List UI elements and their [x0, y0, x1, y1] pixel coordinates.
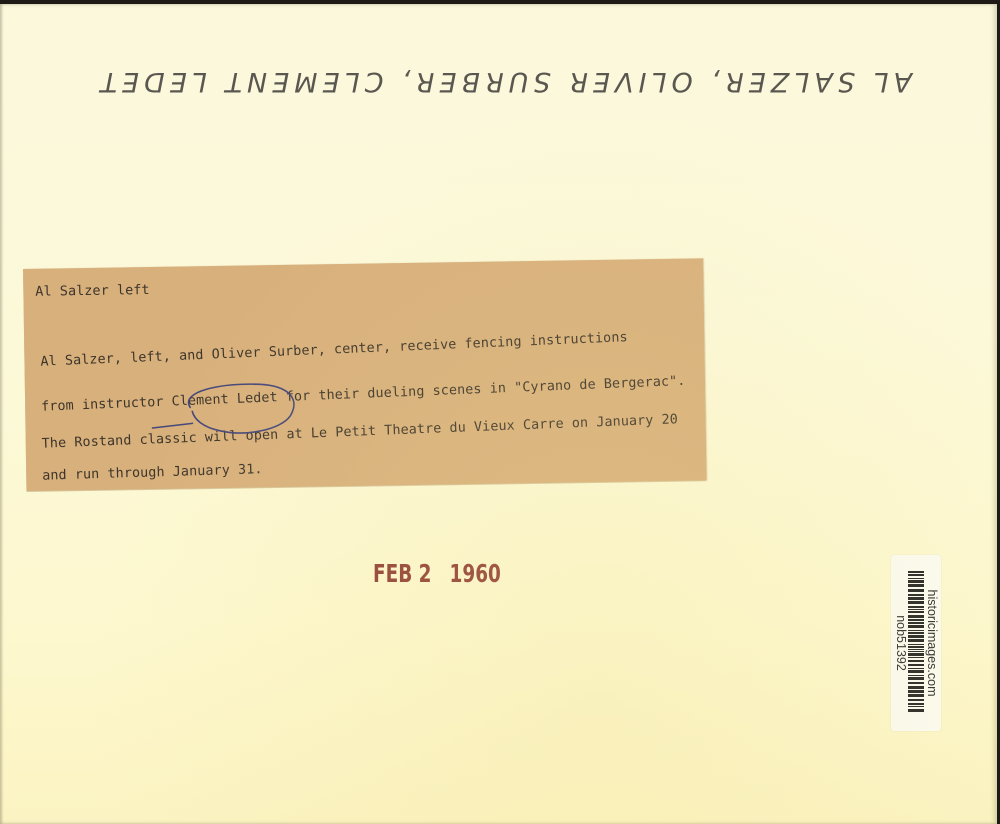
- clipping-line-3: The Rostand classic will open at Le Peti…: [41, 412, 678, 451]
- clipping-line-2: from instructor Clement Ledet for their …: [41, 374, 686, 415]
- barcode-site-text: historicimages.com: [925, 563, 938, 723]
- photo-back-paper: AL SALZER, OLIVER SURBER, CLEMENT LEDET …: [0, 4, 997, 824]
- handwritten-names-note: AL SALZER, OLIVER SURBER, CLEMENT LEDET: [122, 66, 912, 97]
- barcode-icon: [908, 571, 924, 715]
- barcode-id-text: nob51392: [894, 563, 907, 723]
- barcode-label: historicimages.com nob51392: [891, 555, 941, 731]
- clipping-line-4: and run through January 31.: [42, 462, 263, 484]
- date-stamp-month-day: FEB 2: [373, 559, 432, 588]
- date-stamp: FEB 21960: [373, 559, 501, 588]
- clipping-caption: Al Salzer left: [35, 283, 150, 300]
- caption-clipping: Al Salzer left Al Salzer, left, and Oliv…: [23, 258, 706, 491]
- date-stamp-year: 1960: [450, 559, 501, 588]
- clipping-line-1: Al Salzer, left, and Oliver Surber, cent…: [40, 330, 628, 370]
